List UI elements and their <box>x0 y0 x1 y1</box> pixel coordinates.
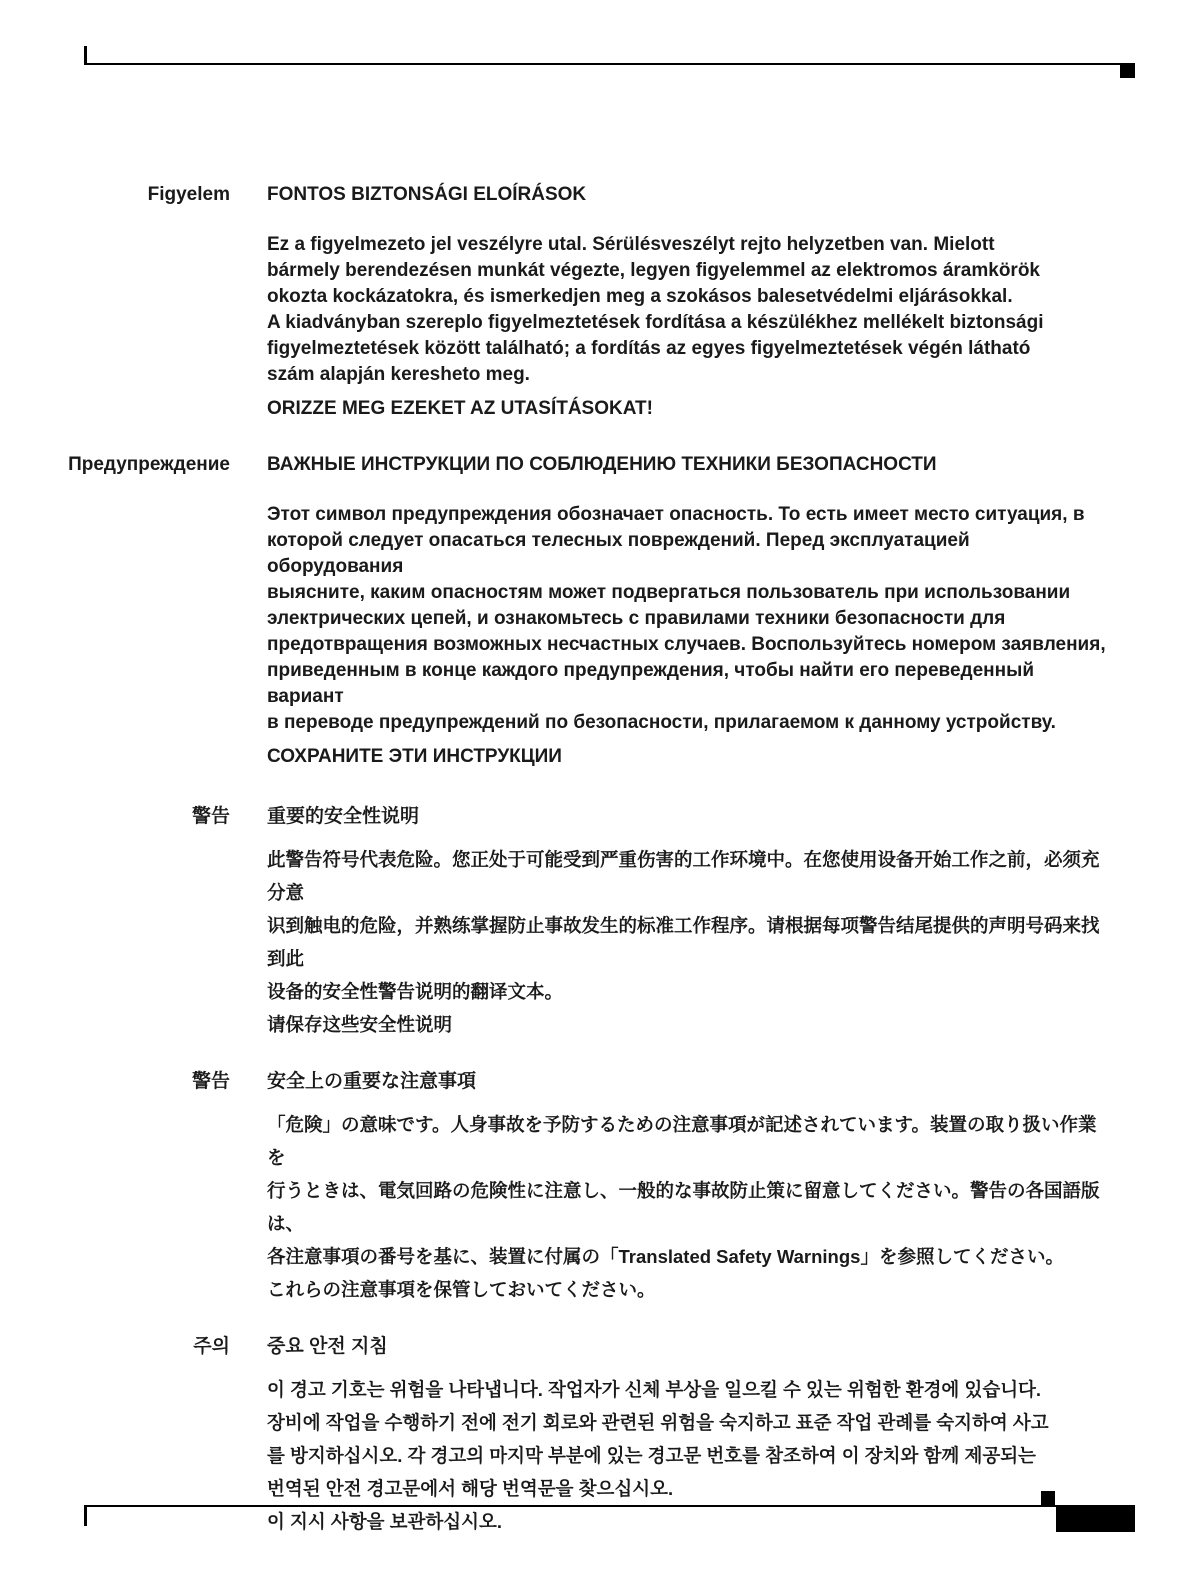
warning-keep-line-japanese: これらの注意事項を保管しておいてください。 <box>267 1273 1107 1306</box>
warning-body-japanese: 「危険」の意味です。人身事故を予防するための注意事項が記述されています。装置の取… <box>267 1108 1107 1273</box>
safety-warnings-content: Figyelem FONTOS BIZTONSÁGI ELOÍRÁSOK Ez … <box>0 182 1190 1562</box>
warning-title-japanese: 安全上の重要な注意事項 <box>267 1065 1107 1098</box>
warning-body-korean: 이 경고 기호는 위험을 나타냅니다. 작업자가 신체 부상을 일으킬 수 있는… <box>267 1373 1107 1505</box>
warning-keep-line-hungarian: ORIZZE MEG EZEKET AZ UTASÍTÁSOKAT! <box>267 396 1107 422</box>
warning-label-hungarian: Figyelem <box>0 182 230 208</box>
header-right-square-mark <box>1120 63 1135 78</box>
footer-rule <box>84 1505 1056 1507</box>
warning-section-chinese: 警告 重要的安全性说明 此警告符号代表危险。您正处于可能受到严重伤害的工作环境中… <box>0 800 1190 1041</box>
warning-body-hungarian: Ez a figyelmezeto jel veszélyre utal. Sé… <box>267 232 1107 388</box>
warning-title-russian: ВАЖНЫЕ ИНСТРУКЦИИ ПО СОБЛЮДЕНИЮ ТЕХНИКИ … <box>267 452 1107 478</box>
warning-title-korean: 중요 안전 지침 <box>267 1330 1107 1363</box>
warning-body-chinese: 此警告符号代表危险。您正处于可能受到严重伤害的工作环境中。在您使用设备开始工作之… <box>267 843 1107 1008</box>
warning-label-russian: Предупреждение <box>0 452 230 478</box>
warning-keep-line-korean: 이 지시 사항을 보관하십시오. <box>267 1505 1107 1538</box>
footer-left-tick-mark <box>84 1505 87 1526</box>
warning-body-russian: Этот символ предупреждения обозначает оп… <box>267 502 1107 736</box>
warning-title-hungarian: FONTOS BIZTONSÁGI ELOÍRÁSOK <box>267 182 1107 208</box>
warning-section-japanese: 警告 安全上の重要な注意事項 「危険」の意味です。人身事故を予防するための注意事… <box>0 1065 1190 1306</box>
warning-section-hungarian: Figyelem FONTOS BIZTONSÁGI ELOÍRÁSOK Ez … <box>0 182 1190 422</box>
warning-keep-line-chinese: 请保存这些安全性说明 <box>267 1008 1107 1041</box>
warning-section-russian: Предупреждение ВАЖНЫЕ ИНСТРУКЦИИ ПО СОБЛ… <box>0 452 1190 770</box>
header-rule <box>84 63 1120 65</box>
warning-label-chinese: 警告 <box>0 800 230 833</box>
warning-title-chinese: 重要的安全性说明 <box>267 800 1107 833</box>
warning-label-korean: 주의 <box>0 1330 230 1363</box>
warning-keep-line-russian: СОХРАНИТЕ ЭТИ ИНСТРУКЦИИ <box>267 744 1107 770</box>
page-number-tab <box>1056 1505 1135 1532</box>
footer-small-square-mark <box>1041 1491 1055 1505</box>
document-page: Figyelem FONTOS BIZTONSÁGI ELOÍRÁSOK Ez … <box>0 0 1190 1586</box>
warning-label-japanese: 警告 <box>0 1065 230 1098</box>
